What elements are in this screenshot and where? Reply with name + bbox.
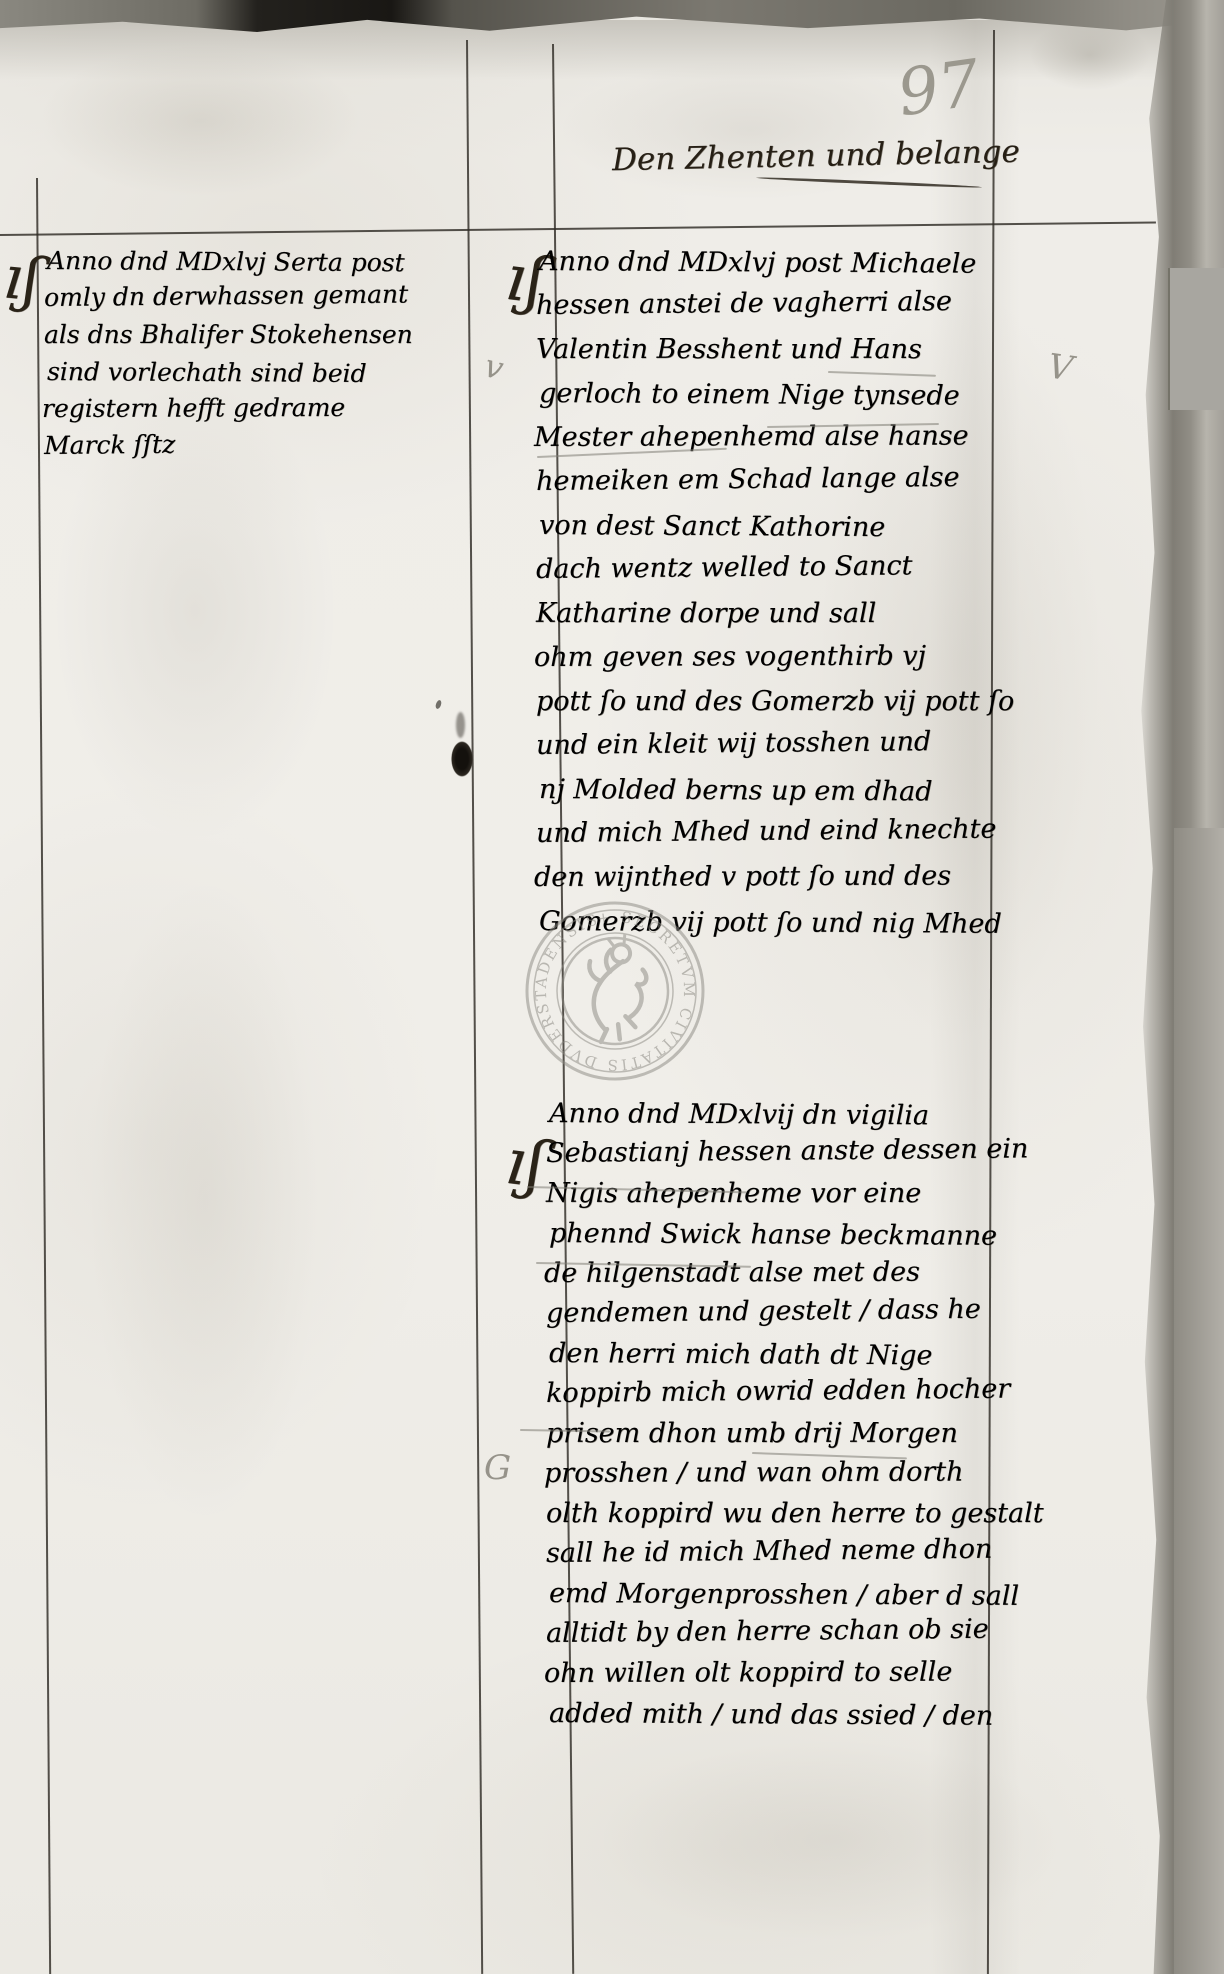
paper-stain bbox=[90, 880, 320, 1520]
text-line: Nigis ahepenheme vor eine bbox=[546, 1174, 1044, 1214]
text-line: sind vorlechath sind beid bbox=[47, 353, 416, 392]
heading-flourish bbox=[756, 176, 982, 188]
paper-stain bbox=[40, 46, 360, 196]
column-heading: Den Zhenten und belange bbox=[612, 134, 1021, 179]
text-line: phennd Swick hanse beckmanne bbox=[549, 1214, 1047, 1257]
text-line: olth koppird wu den herre to gestalt bbox=[546, 1494, 1044, 1534]
paper-stain bbox=[1030, 20, 1150, 90]
text-line: registern hefft gedrame bbox=[42, 389, 411, 427]
text-line: gerloch to einem Nige tynsede bbox=[539, 372, 1018, 419]
text-line: Valentin Besshent und Hans bbox=[536, 328, 1014, 372]
text-line: added mith / und das ssied / den bbox=[549, 1694, 1047, 1737]
margin-letter-g: G bbox=[484, 1448, 511, 1488]
text-line: koppirb mich owrid edden hocher bbox=[546, 1369, 1044, 1414]
text-line: Sebastianj hessen anste dessen ein bbox=[546, 1129, 1044, 1174]
check-mark: V bbox=[1045, 346, 1075, 389]
text-line: Katharine dorpe und sall bbox=[536, 592, 1014, 636]
column-ruled-line-left bbox=[466, 40, 483, 1974]
seal-legend: + SECRETVM CIVITATIS DVDERSTADENSIS bbox=[514, 890, 716, 1092]
text-line: den wijnthed v pott ſo und des bbox=[534, 854, 1012, 900]
text-line: sall he id mich Mhed neme dhon bbox=[546, 1529, 1044, 1574]
text-line: pott ſo und des Gomerzb vij pott ſo bbox=[536, 680, 1014, 724]
top-smear bbox=[0, 20, 1224, 80]
text-line: dach wentz welled to Sanct bbox=[536, 543, 1015, 592]
manuscript-page-scan: 97 Den Zhenten und belange ıʃ Anno dnd M… bbox=[0, 0, 1224, 1974]
check-mark: v bbox=[481, 346, 508, 387]
page-number: 97 bbox=[893, 47, 984, 132]
text-line: prisem dhon umb drij Morgen bbox=[546, 1414, 1044, 1454]
text-line: als dns Bhalifer Stokehensen bbox=[44, 316, 413, 353]
ink-blot-tail bbox=[456, 712, 465, 738]
entry-1: Anno dnd MDxlvj post Michaele hessen ans… bbox=[536, 240, 1014, 944]
text-line: prosshen / und wan ohm dorth bbox=[544, 1452, 1042, 1494]
text-line: ohn willen olt koppird to selle bbox=[544, 1652, 1042, 1694]
edge-patch bbox=[1168, 268, 1224, 410]
text-line: und ein kleit wij tosshen und bbox=[536, 719, 1015, 768]
text-line: Marck ſſtz bbox=[44, 423, 413, 464]
text-line: ohm geven ses vogenthirb vj bbox=[534, 634, 1012, 680]
edge-patch bbox=[1174, 828, 1224, 1974]
header-ruled-line bbox=[0, 221, 1156, 236]
text-line: gendemen und gestelt / dass he bbox=[546, 1289, 1044, 1334]
text-line: hessen anstei de vagherri alse bbox=[536, 279, 1015, 328]
text-line: hemeiken em Schad lange alse bbox=[536, 455, 1015, 504]
item-mark: ıʃ bbox=[1, 250, 42, 307]
paper-stain bbox=[600, 1740, 1060, 1940]
text-line: de hilgenstadt alse met des bbox=[544, 1252, 1042, 1294]
paper-stain bbox=[560, 60, 940, 200]
top-edge-shadow bbox=[0, 0, 1224, 32]
left-entry: Anno dnd MDxlvj Serta post omly dn derwh… bbox=[44, 242, 413, 464]
text-line: omly dn derwhassen gemant bbox=[44, 275, 413, 316]
text-line: alltidt by den herre schan ob sie bbox=[546, 1609, 1044, 1654]
ink-speck bbox=[435, 699, 443, 709]
text-line: und mich Mhed und eind knechte bbox=[536, 807, 1015, 856]
